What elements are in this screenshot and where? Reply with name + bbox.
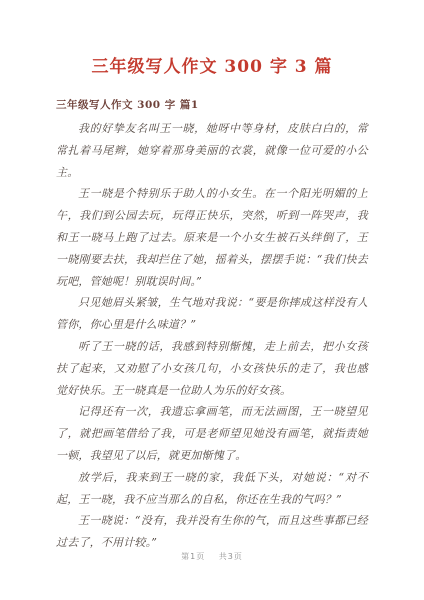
essay-paragraph: 听了王一晓的话，我感到特别惭愧，走上前去，把小女孩扶了起来，又劝慰了小女孩几句，…: [56, 336, 368, 401]
essay-paragraph: 王一晓说：“没有，我并没有生你的气，而且这些事都已经过去了，不用计较。”: [56, 510, 368, 554]
document-subtitle: 三年级写人作文 300 字 篇1: [56, 97, 368, 112]
document-page: 三年级写人作文 300 字 3 篇 三年级写人作文 300 字 篇1 我的好挚友…: [0, 0, 424, 600]
essay-paragraph: 只见她眉头紧皱，生气地对我说：“要是你摔成这样没有人管你，你心里是什么味道？”: [56, 292, 368, 336]
document-title: 三年级写人作文 300 字 3 篇: [0, 0, 424, 77]
essay-body: 我的好挚友名叫王一晓，她呀中等身材，皮肤白白的，常常扎着马尾辫，她穿着那身美丽的…: [56, 118, 368, 554]
essay-paragraph: 我的好挚友名叫王一晓，她呀中等身材，皮肤白白的，常常扎着马尾辫，她穿着那身美丽的…: [56, 118, 368, 183]
page-footer: 第1页 共3页: [0, 551, 424, 562]
essay-paragraph: 记得还有一次，我遗忘拿画笔，而无法画图，王一晓望见了，就把画笔借给了我，可是老师…: [56, 401, 368, 466]
footer-page-number: 第1页: [181, 551, 205, 562]
essay-paragraph: 放学后，我来到王一晓的家，我低下头，对她说：“对不起，王一晓，我不应当那么的自私…: [56, 467, 368, 511]
footer-total-pages: 共3页: [219, 551, 243, 562]
essay-paragraph: 王一晓是个特别乐于助人的小女生。在一个阳光明媚的上午，我们到公园去玩，玩得正快乐…: [56, 183, 368, 292]
